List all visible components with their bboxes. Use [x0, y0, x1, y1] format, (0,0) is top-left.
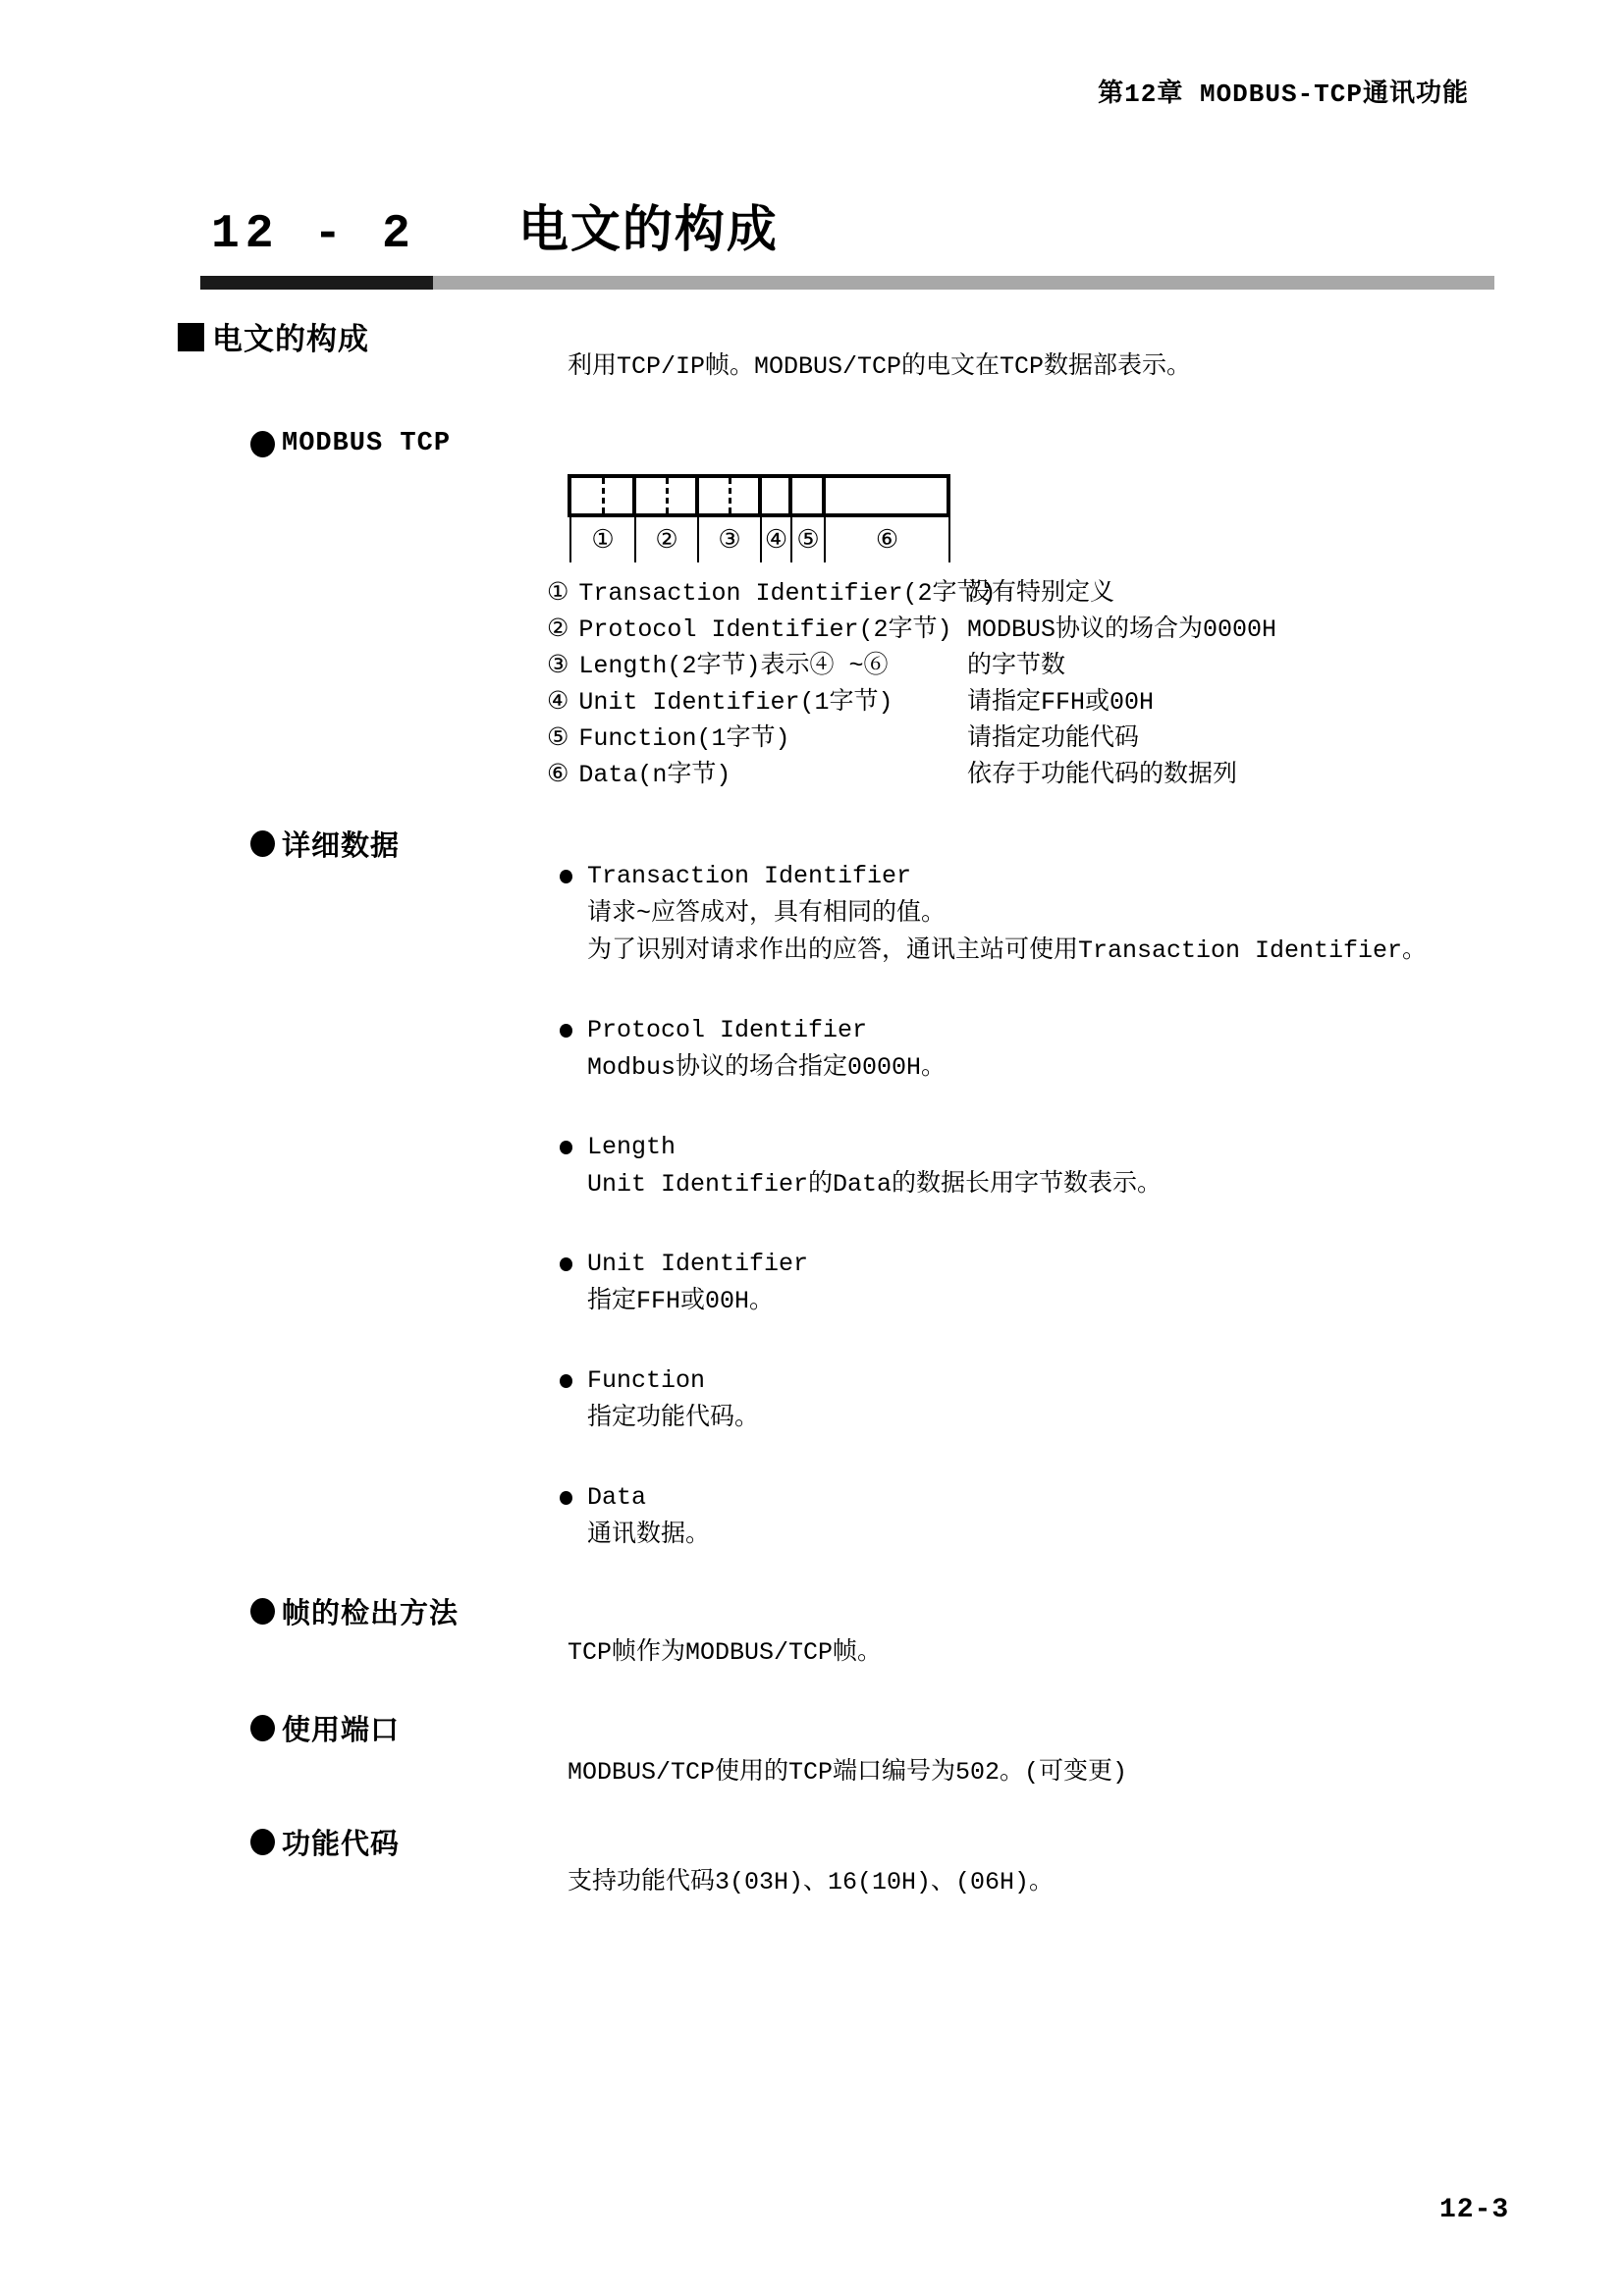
- legend-field-name: Protocol Identifier(2字节): [578, 615, 951, 644]
- detail-line: 请求~应答成对，具有相同的值。: [560, 895, 1571, 933]
- detail-line: 指定FFH或00H。: [560, 1283, 1571, 1320]
- detail-item: Function 指定功能代码。: [560, 1362, 1571, 1437]
- subsection-frame-detection-label: 帧的检出方法: [282, 1591, 459, 1631]
- detail-title-text: Protocol Identifier: [587, 1012, 867, 1049]
- document-page: 第12章 MODBUS-TCP通讯功能 12 - 2 电文的构成 电文的构成 利…: [0, 0, 1624, 2296]
- frame-field-1: [571, 478, 636, 513]
- subsection-details: 详细数据: [250, 824, 400, 864]
- subsection-details-label: 详细数据: [282, 824, 400, 864]
- legend-field-desc: 请指定FFH或00H: [967, 684, 1154, 721]
- frame-label-1: ①: [571, 517, 636, 562]
- subsection-modbus-tcp-label: MODBUS TCP: [282, 429, 451, 458]
- section-heading: 电文的构成: [178, 314, 369, 359]
- detail-title-text: Length: [587, 1129, 676, 1166]
- legend-field-desc: 依存于功能代码的数据列: [967, 757, 1237, 793]
- legend-field-desc: MODBUS协议的场合为0000H: [967, 612, 1276, 648]
- page-title: 12 - 2 电文的构成: [211, 188, 779, 262]
- bullet-dot-icon: [560, 1024, 572, 1038]
- bullet-dot-icon: [560, 870, 572, 883]
- section-number: 12 - 2: [211, 208, 416, 261]
- legend-num: ⑤: [547, 724, 568, 753]
- legend-field-name: Function(1字节): [578, 724, 789, 753]
- legend-field-name: Unit Identifier(1字节): [578, 688, 893, 717]
- details-list: Transaction Identifier 请求~应答成对，具有相同的值。 为…: [560, 858, 1571, 1596]
- black-circle-icon: [250, 431, 275, 457]
- black-square-icon: [178, 323, 204, 351]
- function-codes-body: 支持功能代码3(03H)、16(10H)、(06H)。: [568, 1861, 1054, 1896]
- divider-bar: [200, 276, 1494, 290]
- legend-row: ①Transaction Identifier(2字节) 没有特别定义: [547, 575, 1276, 612]
- frame-field-labels: ① ② ③ ④ ⑤ ⑥: [569, 517, 950, 562]
- chapter-header: 第12章 MODBUS-TCP通讯功能: [1098, 73, 1469, 109]
- detail-item: Data 通讯数据。: [560, 1479, 1571, 1554]
- frame-field-5: [792, 478, 826, 513]
- legend-num: ②: [547, 615, 568, 644]
- subsection-function-codes-label: 功能代码: [282, 1822, 400, 1862]
- black-circle-icon: [250, 1598, 275, 1625]
- legend-num: ③: [547, 652, 568, 680]
- bullet-dot-icon: [560, 1141, 572, 1154]
- detail-line: 为了识别对请求作出的应答，通讯主站可使用Transaction Identifi…: [560, 933, 1571, 970]
- detail-line: Modbus协议的场合指定0000H。: [560, 1049, 1571, 1087]
- legend-field-name: Length(2字节)表示④ ~⑥: [578, 652, 888, 680]
- bullet-dot-icon: [560, 1491, 572, 1505]
- frame-detection-body: TCP帧作为MODBUS/TCP帧。: [568, 1631, 882, 1667]
- detail-title-text: Data: [587, 1479, 646, 1517]
- frame-label-4: ④: [762, 517, 792, 562]
- legend-field-name: Data(n字节): [578, 761, 731, 789]
- frame-label-6: ⑥: [826, 517, 950, 562]
- divider-gray-segment: [433, 276, 1494, 290]
- detail-title-text: Function: [587, 1362, 705, 1400]
- legend-field-desc: 没有特别定义: [967, 575, 1114, 612]
- legend-field-desc: 请指定功能代码: [967, 721, 1139, 757]
- detail-line: Unit Identifier的Data的数据长用字节数表示。: [560, 1166, 1571, 1203]
- black-circle-icon: [250, 1829, 275, 1855]
- bullet-dot-icon: [560, 1374, 572, 1388]
- frame-field-4: [762, 478, 792, 513]
- port-body: MODBUS/TCP使用的TCP端口编号为502。(可变更): [568, 1751, 1127, 1787]
- legend-num: ⑥: [547, 761, 568, 789]
- section-intro: 利用TCP/IP帧。MODBUS/TCP的电文在TCP数据部表示。: [568, 346, 1191, 381]
- frame-byte-box: [568, 474, 950, 517]
- divider-black-segment: [200, 276, 433, 290]
- detail-item: Length Unit Identifier的Data的数据长用字节数表示。: [560, 1129, 1571, 1203]
- frame-field-6: [826, 478, 945, 513]
- legend-field-name: Transaction Identifier(2字节): [578, 579, 996, 608]
- section-heading-text: 电文的构成: [212, 314, 369, 359]
- black-circle-icon: [250, 1715, 275, 1741]
- detail-line: 通讯数据。: [560, 1517, 1571, 1554]
- detail-item: Protocol Identifier Modbus协议的场合指定0000H。: [560, 1012, 1571, 1087]
- detail-item: Transaction Identifier 请求~应答成对，具有相同的值。 为…: [560, 858, 1571, 970]
- subsection-port: 使用端口: [250, 1708, 400, 1748]
- legend-row: ⑤Function(1字节) 请指定功能代码: [547, 721, 1276, 757]
- legend-field-desc: 的字节数: [967, 648, 1065, 684]
- section-title-text: 电文的构成: [518, 188, 779, 262]
- legend-num: ①: [547, 579, 568, 608]
- page-number: 12-3: [1439, 2195, 1509, 2225]
- subsection-port-label: 使用端口: [282, 1708, 400, 1748]
- bullet-dot-icon: [560, 1257, 572, 1271]
- legend-row: ②Protocol Identifier(2字节) MODBUS协议的场合为00…: [547, 612, 1276, 648]
- frame-field-legend: ①Transaction Identifier(2字节) 没有特别定义 ②Pro…: [547, 575, 1276, 793]
- legend-row: ⑥Data(n字节) 依存于功能代码的数据列: [547, 757, 1276, 793]
- frame-label-5: ⑤: [792, 517, 826, 562]
- frame-label-2: ②: [636, 517, 699, 562]
- black-circle-icon: [250, 830, 275, 857]
- detail-item: Unit Identifier 指定FFH或00H。: [560, 1246, 1571, 1320]
- subsection-frame-detection: 帧的检出方法: [250, 1591, 459, 1631]
- subsection-function-codes: 功能代码: [250, 1822, 400, 1862]
- legend-row: ④Unit Identifier(1字节) 请指定FFH或00H: [547, 684, 1276, 721]
- detail-title-text: Transaction Identifier: [587, 858, 911, 895]
- detail-line: 指定功能代码。: [560, 1400, 1571, 1437]
- modbus-frame-diagram: ① ② ③ ④ ⑤ ⑥: [568, 474, 950, 562]
- legend-row: ③Length(2字节)表示④ ~⑥ 的字节数: [547, 648, 1276, 684]
- subsection-modbus-tcp: MODBUS TCP: [250, 429, 451, 458]
- detail-title-text: Unit Identifier: [587, 1246, 808, 1283]
- frame-field-3: [699, 478, 762, 513]
- frame-label-3: ③: [699, 517, 762, 562]
- legend-num: ④: [547, 688, 568, 717]
- frame-field-2: [636, 478, 699, 513]
